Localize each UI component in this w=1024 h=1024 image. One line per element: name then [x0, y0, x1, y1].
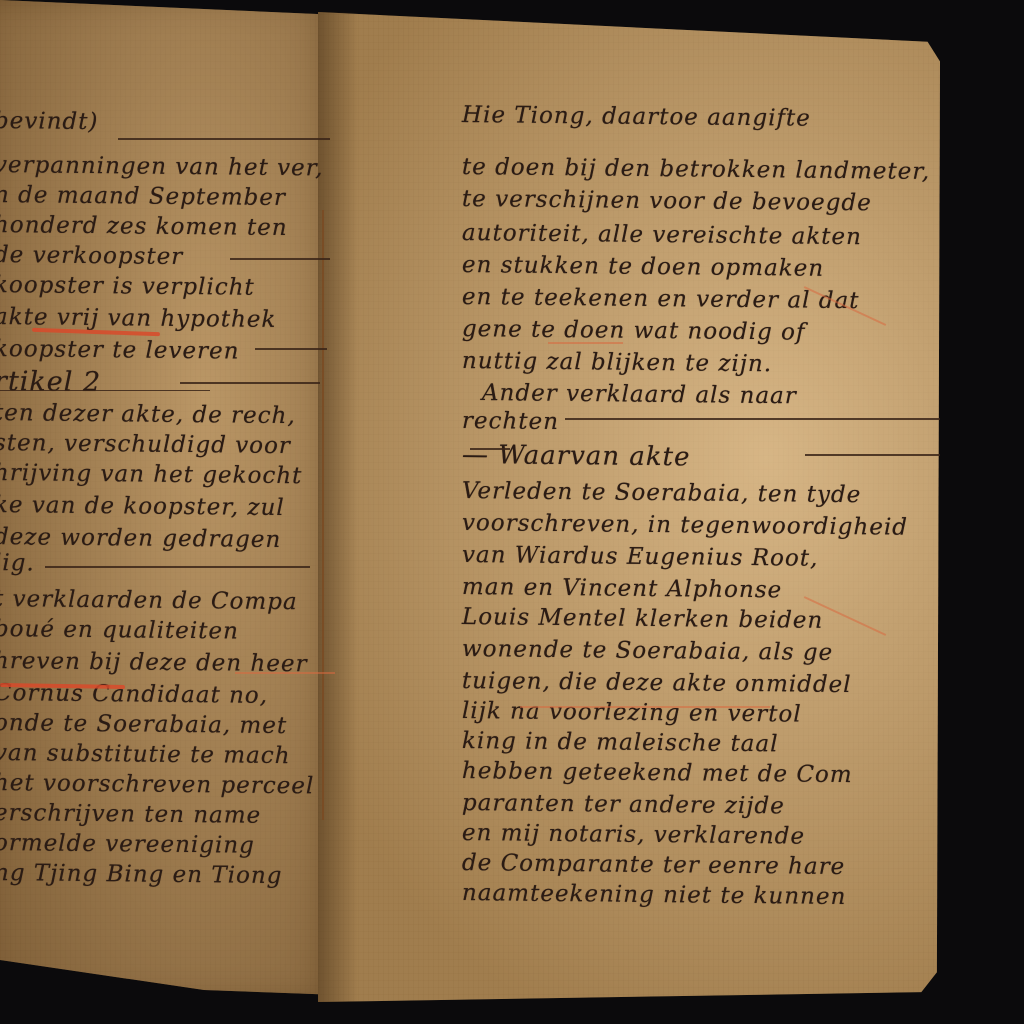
right-line-24: de Comparante ter eenre hare	[462, 850, 846, 880]
left-line-8: koopster te leveren	[0, 336, 240, 365]
left-line-20: onde te Soerabaia, met	[0, 710, 287, 739]
left-line-10: ten dezer akte, de rech,	[0, 400, 296, 429]
left-line-15: lig.	[0, 550, 35, 576]
right-line-10: rechten	[462, 408, 559, 435]
right-line-22: paranten ter andere zijde	[462, 790, 785, 819]
document-photo: bevindt) verpanningen van het ver, n de …	[0, 0, 1024, 1024]
left-rule-5	[0, 390, 210, 391]
left-line-5: de verkoopster	[0, 242, 183, 270]
article-heading: rtikel 2	[0, 366, 101, 398]
right-line-21: hebben geteekend met de Com	[462, 758, 853, 788]
left-line-4: honderd zes komen ten	[0, 212, 288, 241]
right-rule-1	[565, 418, 940, 420]
left-line-21: van substitutie te mach	[0, 740, 291, 769]
left-line-24: ormelde vereeniging	[0, 830, 255, 859]
right-line-4: autoriteit, alle vereischte akten	[462, 220, 862, 250]
left-line-25: ng Tjing Bing en Tiong	[0, 860, 283, 889]
left-rule-4	[180, 382, 320, 384]
left-line-1: bevindt)	[0, 108, 99, 135]
left-line-22: het voorschreven perceel	[0, 770, 314, 799]
left-line-6: koopster is verplicht	[0, 272, 255, 301]
right-rule-2	[805, 454, 940, 456]
right-line-23: en mij notaris, verklarende	[462, 820, 805, 850]
right-line-8: nuttig zal blijken te zijn.	[462, 348, 772, 377]
left-line-23: erschrijven ten name	[0, 800, 261, 829]
left-line-14: deze worden gedragen	[0, 524, 281, 553]
left-line-2: verpanningen van het ver,	[0, 152, 324, 181]
left-line-13: ke van de koopster, zul	[0, 492, 285, 521]
right-rule-dash-left	[470, 448, 510, 450]
right-line-1: Hie Tiong, daartoe aangifte	[462, 102, 811, 132]
right-line-2: te doen bij den betrokken landmeter,	[462, 154, 930, 185]
right-line-25: naamteekening niet te kunnen	[462, 880, 847, 910]
margin-fold-line	[322, 210, 324, 820]
right-line-19: lijk na voorlezing en vertol	[462, 698, 802, 728]
right-line-12: Verleden te Soerabaia, ten tyde	[462, 478, 862, 508]
right-line-20: king in de maleische taal	[462, 728, 779, 757]
left-line-3: n de maand September	[0, 182, 286, 211]
left-line-12: hrijving van het gekocht	[0, 460, 302, 489]
red-underline-right	[520, 706, 770, 708]
left-line-11: sten, verschuldigd voor	[0, 430, 291, 459]
left-rule-2	[230, 258, 330, 260]
right-line-17: wonende te Soerabaia, als ge	[462, 636, 833, 666]
right-line-5: en stukken te doen opmaken	[462, 252, 824, 282]
right-line-6: en te teekenen en verder al dat	[462, 284, 860, 314]
book-gutter	[318, 12, 358, 1002]
section-heading: — Waarvan akte	[462, 440, 691, 472]
left-rule-6	[45, 566, 310, 568]
left-line-16: t verklaarden de Compa	[0, 586, 298, 615]
right-line-15: man en Vincent Alphonse	[462, 574, 782, 603]
right-line-14: van Wiardus Eugenius Root,	[462, 542, 819, 572]
right-line-9: Ander verklaard als naar	[482, 380, 797, 409]
right-line-16: Louis Mentel klerken beiden	[462, 604, 824, 634]
red-mark-right-1	[548, 342, 623, 344]
right-line-3: te verschijnen voor de bevoegde	[462, 186, 872, 216]
left-rule-3	[255, 348, 327, 350]
red-underline-3	[235, 672, 335, 674]
right-line-13: voorschreven, in tegenwoordigheid	[462, 510, 908, 541]
right-line-18: tuigen, die deze akte onmiddel	[462, 668, 852, 698]
right-line-7: gene te doen wat noodig of	[462, 316, 806, 346]
left-line-17: boué en qualiteiten	[0, 616, 239, 645]
left-rule-1	[118, 138, 330, 140]
